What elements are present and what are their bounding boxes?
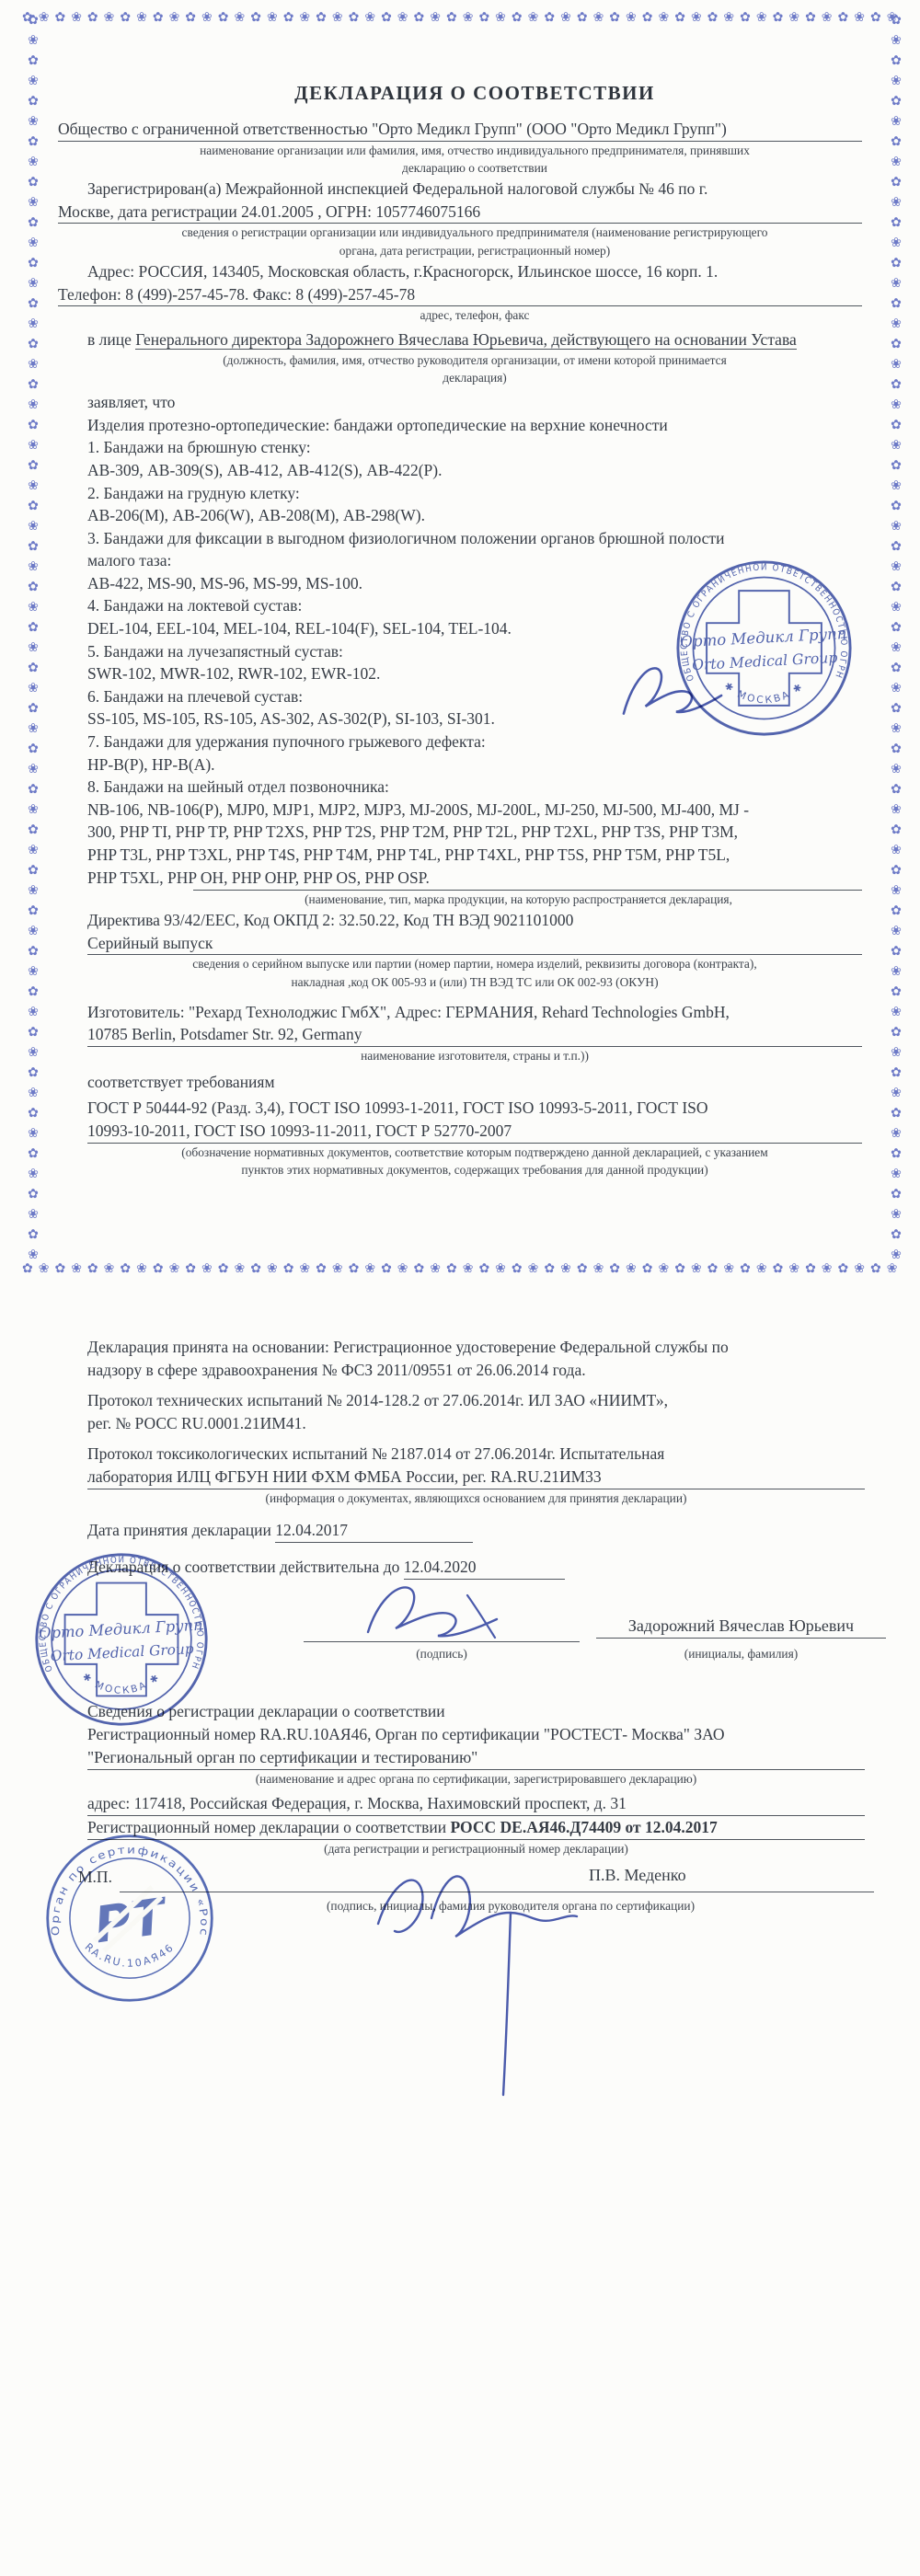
basis-paragraph: лаборатория ИЛЦ ФГБУН НИИ ФХМ ФМБА Росси… (87, 1466, 865, 1489)
stamp-company-en: Orto Medical Group (50, 1640, 194, 1664)
rostest-logo-icon: РТ (86, 1883, 172, 1955)
standards-caption: пунктов этих нормативных документов, сод… (87, 1161, 862, 1179)
standards-caption: (обозначение нормативных документов, соо… (87, 1144, 862, 1162)
directive-line: Директива 93/42/ЕЕС, Код ОКПД 2: 32.50.2… (87, 909, 862, 932)
declarant-head-name: Задорожний Вячеслав Юрьевич (596, 1614, 886, 1639)
organization-caption: декларацию о соответствии (87, 159, 862, 178)
serial-release-line: Серийный выпуск (87, 932, 862, 956)
stamp-city-text: ✱ МОСКВА ✱ (80, 1671, 163, 1696)
product-line: 3. Бандажи для фиксации в выгодном физио… (87, 527, 862, 550)
manufacturer-line: 10785 Berlin, Potsdamer Str. 92, Germany (87, 1023, 862, 1047)
serial-caption: накладная ,код ОК 005-93 и (или) ТН ВЭД … (87, 973, 862, 992)
adoption-date-line: Дата принятия декларации 12.04.2017 (87, 1519, 865, 1543)
signature-director (359, 1575, 515, 1653)
decorative-border-top: ✿❀✿❀✿❀✿❀✿❀✿❀✿❀✿❀✿❀✿❀✿❀✿❀✿❀✿❀✿❀✿❀✿❀✿❀✿❀✿❀… (22, 7, 898, 29)
conformity-heading: соответствует требованиям (87, 1071, 862, 1094)
product-line: PHP T3L, PHP T3XL, PHP T4S, PHP T4M, PHP… (87, 844, 862, 867)
registration-caption: сведения о регистрации организации или и… (87, 224, 862, 242)
products-intro: Изделия протезно-ортопедические: бандажи… (87, 414, 862, 437)
basis-paragraph: Протокол технических испытаний № 2014-12… (87, 1389, 865, 1412)
address-line: Адрес: РОССИЯ, 143405, Московская област… (87, 260, 862, 283)
svg-text:✱ МОСКВА ✱: ✱ МОСКВА ✱ (722, 680, 806, 707)
basis-paragraph: надзору в сфере здравоохранения № ФСЗ 20… (87, 1359, 865, 1382)
decorative-border-left: ✿❀✿❀✿❀✿❀✿❀✿❀✿❀✿❀✿❀✿❀✿❀✿❀✿❀✿❀✿❀✿❀✿❀✿❀✿❀✿❀… (18, 13, 40, 1270)
basis-paragraph: Декларация принята на основании: Регистр… (87, 1336, 865, 1359)
product-line: NB-106, NB-106(P), MJP0, MJP1, MJP2, MJP… (87, 799, 862, 822)
address-caption: адрес, телефон, факс (87, 306, 862, 325)
product-line: АВ-309, АВ-309(S), АВ-412, АВ-412(S), АВ… (87, 459, 862, 482)
representative-name: Генерального директора Задорожнего Вячес… (135, 330, 797, 350)
product-line: HP-B(P), HP-B(A). (87, 753, 862, 776)
page-title: ДЕКЛАРАЦИЯ О СООТВЕТСТВИИ (87, 81, 862, 105)
initials-caption: (инициалы, фамилия) (596, 1645, 886, 1663)
reginfo-caption: (наименование и адрес органа по сертифик… (87, 1770, 865, 1788)
product-line: АВ-206(М), АВ-206(W), АВ-208(М), АВ-298(… (87, 504, 862, 527)
signature-director-flourish (618, 655, 727, 741)
scanned-declaration-document: ✿❀✿❀✿❀✿❀✿❀✿❀✿❀✿❀✿❀✿❀✿❀✿❀✿❀✿❀✿❀✿❀✿❀✿❀✿❀✿❀… (0, 0, 920, 2576)
manufacturer-line: Изготовитель: "Рехард Технолоджис ГмбХ",… (87, 1001, 862, 1024)
registration-line: Москве, дата регистрации 24.01.2005 , ОГ… (58, 201, 862, 224)
product-line: 1. Бандажи на брюшную стенку: (87, 436, 862, 459)
representative-caption: декларация) (87, 369, 862, 387)
manufacturer-caption: наименование изготовителя, страны и т.п.… (87, 1047, 862, 1065)
representative-caption: (должность, фамилия, имя, отчество руков… (87, 351, 862, 370)
adoption-date-label: Дата принятия декларации (87, 1521, 275, 1539)
basis-paragraph: рег. № РОСС RU.0001.21ИМ41. (87, 1412, 865, 1435)
stamp-city-text: ✱ МОСКВА ✱ (722, 680, 806, 707)
reg-number-value: РОСС DE.АЯ46.Д74409 от 12.04.2017 (450, 1818, 717, 1836)
rostest-certification-stamp: Орган по сертификации «Ростест-Москва» R… (44, 1833, 215, 2004)
decorative-border-bottom: ✿❀✿❀✿❀✿❀✿❀✿❀✿❀✿❀✿❀✿❀✿❀✿❀✿❀✿❀✿❀✿❀✿❀✿❀✿❀✿❀… (22, 1259, 898, 1281)
standards-line: ГОСТ Р 50444-92 (Разд. 3,4), ГОСТ ISO 10… (87, 1097, 862, 1120)
product-line: PHP T5XL, PHP OH, PHP OHP, PHP OS, PHP O… (87, 867, 862, 890)
standards-line: 10993-10-2011, ГОСТ ISO 10993-11-2011, Г… (87, 1120, 862, 1144)
products-caption: (наименование, тип, марка продукции, на … (87, 891, 862, 909)
orto-medical-group-stamp: ОБЩЕСТВО С ОГРАНИЧЕННОЙ ОТВЕТСТВЕННОСТЬЮ… (33, 1551, 210, 1728)
certification-body-address: адрес: 117418, Российская Федерация, г. … (87, 1792, 865, 1816)
registration-caption: органа, дата регистрации, регистрационны… (87, 242, 862, 260)
signature-certification-head (363, 1835, 612, 2109)
decorative-border-right: ✿❀✿❀✿❀✿❀✿❀✿❀✿❀✿❀✿❀✿❀✿❀✿❀✿❀✿❀✿❀✿❀✿❀✿❀✿❀✿❀… (881, 13, 903, 1270)
representative-line: в лице Генерального директора Задорожнег… (87, 328, 862, 351)
declarant-organization: Общество с ограниченной ответственностью… (58, 118, 862, 142)
phone-fax-line: Телефон: 8 (499)-257-45-78. Факс: 8 (499… (58, 283, 862, 307)
reginfo-body: "Региональный орган по сертификации и те… (87, 1746, 865, 1770)
registration-line: Зарегистрирован(а) Межрайонной инспекцие… (87, 178, 862, 201)
product-line: 8. Бандажи на шейный отдел позвоночника: (87, 776, 862, 799)
basis-caption: (информация о документах, являющихся осн… (87, 1489, 865, 1508)
representative-prefix: в лице (87, 330, 135, 349)
declares-line: заявляет, что (87, 391, 862, 414)
product-line: 2. Бандажи на грудную клетку: (87, 482, 862, 505)
adoption-date-value: 12.04.2017 (275, 1519, 473, 1543)
svg-text:✱ МОСКВА ✱: ✱ МОСКВА ✱ (80, 1671, 163, 1696)
serial-caption: сведения о серийном выпуске или партии (… (87, 955, 862, 973)
product-line: 300, PHP TI, PHP TP, PHP T2XS, PHP T2S, … (87, 821, 862, 844)
basis-paragraph: Протокол токсикологических испытаний № 2… (87, 1443, 865, 1466)
organization-caption: наименование организации или фамилия, им… (87, 142, 862, 160)
declaration-basis-section: Декларация принята на основании: Регистр… (87, 1336, 865, 1580)
